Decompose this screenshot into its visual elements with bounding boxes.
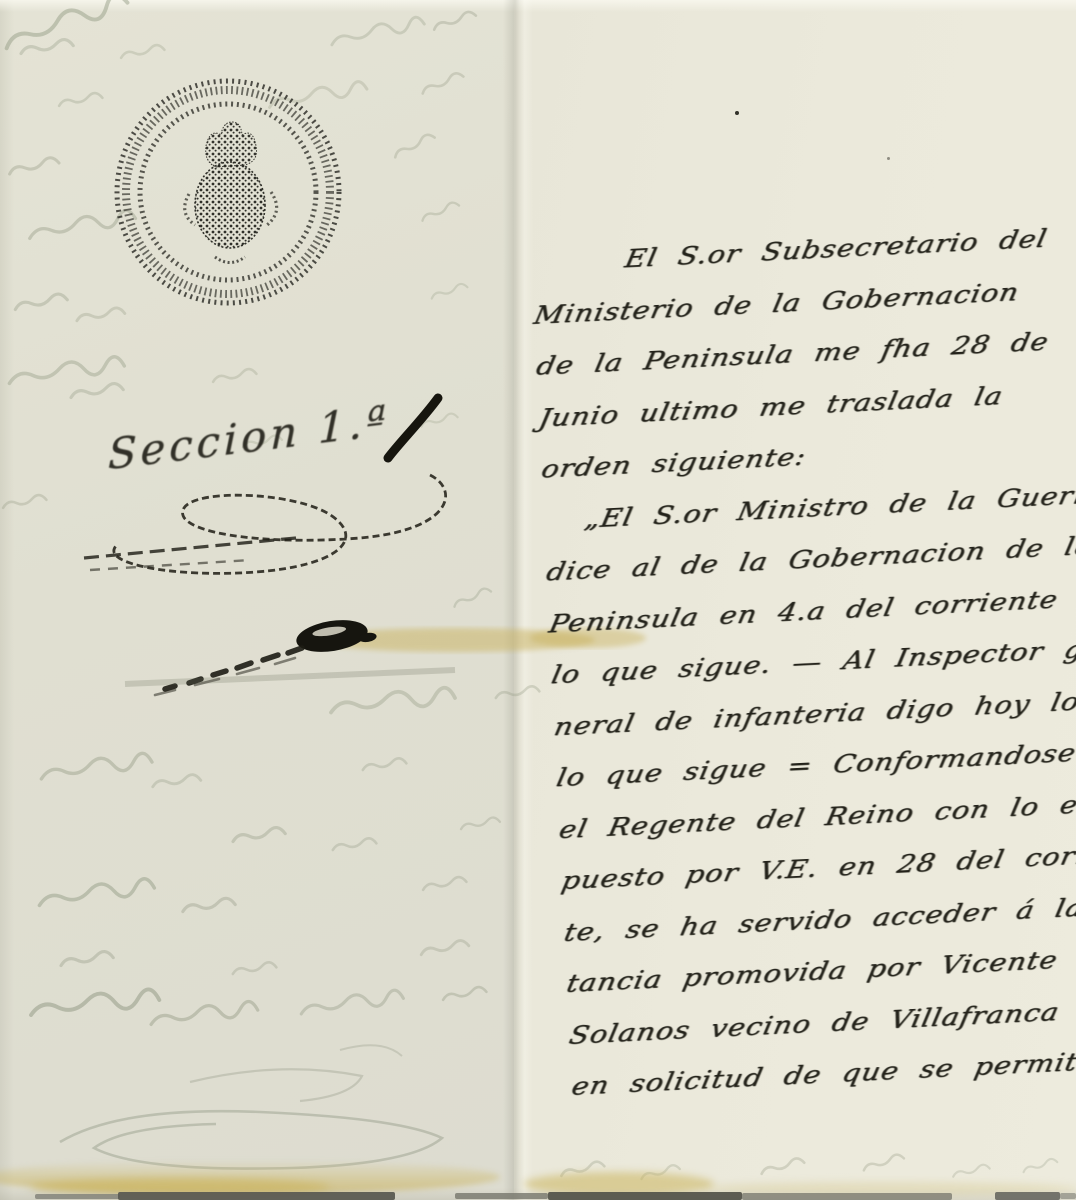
section-flourish	[60, 380, 480, 600]
scan-edge-segment	[118, 1192, 395, 1200]
document-page: Seccion 1.ª El S.or Subsecretario del Mi…	[0, 0, 1076, 1200]
scan-edge-bar	[0, 1188, 1076, 1200]
ink-speck	[887, 157, 890, 160]
letter-body: El S.or Subsecretario del Ministerio de …	[528, 223, 1076, 1124]
scan-edge-segment	[35, 1194, 120, 1199]
scan-edge-segment	[1060, 1193, 1076, 1199]
ink-speck	[735, 111, 739, 115]
scan-edge-segment	[742, 1193, 952, 1200]
scan-edge-segment	[548, 1192, 742, 1200]
bleed-through-flourish	[40, 1020, 490, 1190]
royal-seal-stamp-icon	[103, 74, 355, 316]
scan-edge-segment	[455, 1193, 548, 1199]
scan-edge-segment	[995, 1192, 1060, 1200]
